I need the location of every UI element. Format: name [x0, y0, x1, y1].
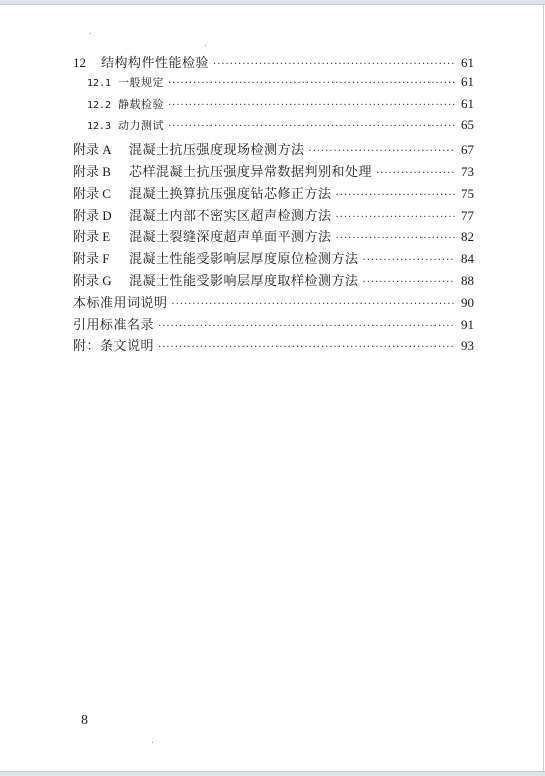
dot-leader [168, 121, 455, 132]
scan-speck [152, 742, 153, 743]
entry-page: 90 [455, 295, 474, 311]
entry-title: 结构构件性能检验 [101, 52, 213, 71]
dot-leader [158, 342, 455, 353]
dot-leader [172, 299, 455, 310]
entry-page: 84 [455, 251, 474, 267]
entry-number: 12 [73, 55, 101, 71]
entry-title: 动力测试 [118, 117, 168, 133]
entry-title: 引用标准名录 [73, 314, 158, 333]
dot-leader [336, 190, 455, 201]
dot-leader [309, 146, 455, 157]
entry-number: 附录 D [73, 205, 129, 224]
entry-page: 77 [455, 208, 474, 224]
toc-entry-appendix-c[interactable]: 附录 C 混凝土换算抗压强度钻芯修正方法 75 [73, 183, 474, 205]
entry-page: 75 [455, 186, 474, 202]
dot-leader [168, 78, 455, 89]
entry-number: 附录 F [73, 248, 129, 267]
entry-title: 芯样混凝土抗压强度异常数据判别和处理 [129, 161, 376, 180]
dot-leader [363, 255, 455, 266]
dot-leader [363, 277, 455, 288]
entry-number: 附录 G [73, 270, 129, 289]
entry-number: 附录 B [73, 161, 129, 180]
window-bottom-border [0, 771, 545, 776]
entry-page: 61 [455, 55, 474, 71]
entry-number: 附录 E [73, 226, 129, 245]
entry-title: 本标准用词说明 [73, 292, 172, 311]
entry-page: 61 [455, 74, 474, 90]
dot-leader [336, 233, 455, 244]
entry-title: 附：条文说明 [73, 335, 158, 354]
entry-title: 混凝土性能受影响层厚度原位检测方法 [129, 248, 363, 267]
entry-page: 88 [455, 273, 474, 289]
toc-entry-appendix-e[interactable]: 附录 E 混凝土裂缝深度超声单面平测方法 82 [73, 226, 474, 248]
toc-entry-explanation[interactable]: 附：条文说明 93 [73, 335, 474, 357]
entry-title: 混凝土内部不密实区超声检测方法 [129, 205, 336, 224]
toc-entry-chapter-12[interactable]: 12 结构构件性能检验 61 [73, 52, 474, 74]
entry-number: 附录 A [73, 139, 129, 158]
page-right-edge [543, 4, 544, 772]
scan-speck [90, 33, 91, 34]
dot-leader [158, 321, 455, 332]
dot-leader [336, 212, 455, 223]
entry-page: 61 [455, 96, 474, 112]
entry-title: 静载检验 [118, 96, 168, 112]
entry-number: 12.3 [87, 121, 118, 132]
toc-entry-terminology[interactable]: 本标准用词说明 90 [73, 292, 474, 314]
dot-leader [376, 168, 455, 179]
entry-number: 12.1 [87, 78, 118, 89]
entry-title: 一般规定 [118, 74, 168, 90]
toc-entry-appendix-f[interactable]: 附录 F 混凝土性能受影响层厚度原位检测方法 84 [73, 248, 474, 270]
toc-entry-appendix-g[interactable]: 附录 G 混凝土性能受影响层厚度取样检测方法 88 [73, 270, 474, 292]
entry-page: 93 [455, 338, 474, 354]
entry-page: 67 [455, 142, 474, 158]
dot-leader [168, 100, 455, 111]
entry-page: 91 [455, 317, 474, 333]
dot-leader [213, 59, 455, 70]
table-of-contents: 12 结构构件性能检验 61 12.1 一般规定 61 12.2 静载检验 61… [73, 52, 474, 357]
entry-page: 73 [455, 164, 474, 180]
entry-page: 65 [455, 117, 474, 133]
toc-entry-12-3[interactable]: 12.3 动力测试 65 [73, 117, 474, 139]
toc-entry-12-2[interactable]: 12.2 静载检验 61 [73, 96, 474, 118]
toc-entry-appendix-b[interactable]: 附录 B 芯样混凝土抗压强度异常数据判别和处理 73 [73, 161, 474, 183]
scan-speck [205, 45, 206, 46]
entry-title: 混凝土抗压强度现场检测方法 [129, 139, 309, 158]
entry-title: 混凝土性能受影响层厚度取样检测方法 [129, 270, 363, 289]
page-number: 8 [81, 713, 88, 729]
toc-entry-referenced-standards[interactable]: 引用标准名录 91 [73, 314, 474, 336]
toc-entry-12-1[interactable]: 12.1 一般规定 61 [73, 74, 474, 96]
window-top-border [0, 0, 545, 5]
entry-number: 附录 C [73, 183, 129, 202]
entry-page: 82 [455, 229, 474, 245]
entry-title: 混凝土换算抗压强度钻芯修正方法 [129, 183, 336, 202]
toc-entry-appendix-d[interactable]: 附录 D 混凝土内部不密实区超声检测方法 77 [73, 205, 474, 227]
entry-title: 混凝土裂缝深度超声单面平测方法 [129, 226, 336, 245]
toc-entry-appendix-a[interactable]: 附录 A 混凝土抗压强度现场检测方法 67 [73, 139, 474, 161]
entry-number: 12.2 [87, 100, 118, 111]
